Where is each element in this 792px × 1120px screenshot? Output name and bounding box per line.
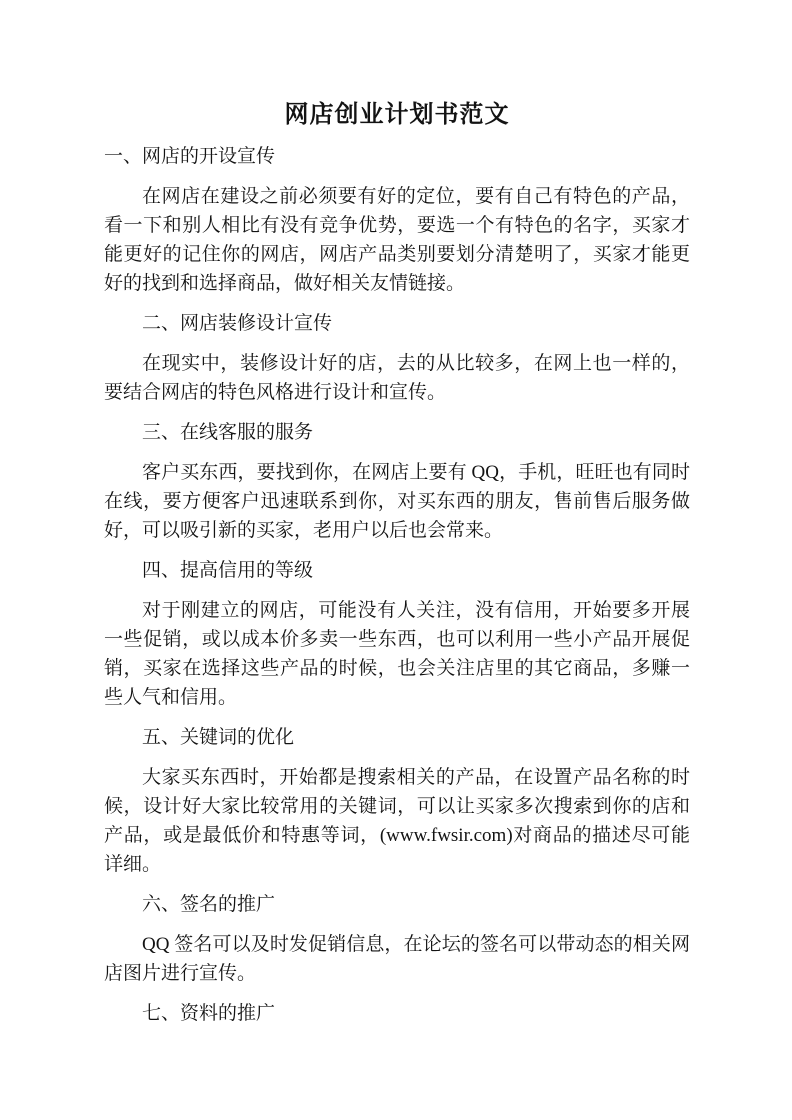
section-heading-2: 二、网店装修设计宣传 [104,309,690,338]
section-paragraph-3: 客户买东西，要找到你，在网店上要有 QQ，手机，旺旺也有同时在线，要方便客户迅速… [104,458,690,545]
section-paragraph-2: 在现实中，装修设计好的店，去的从比较多，在网上也一样的，要结合网店的特色风格进行… [104,349,690,407]
section-heading-4: 四、提高信用的等级 [104,556,690,585]
section-paragraph-5: 大家买东西时，开始都是搜索相关的产品，在设置产品名称的时候，设计好大家比较常用的… [104,763,690,879]
document-title-text: 网店创业计划书范文 [285,102,510,128]
section-heading-3: 三、在线客服的服务 [104,418,690,447]
section-paragraph-6: QQ 签名可以及时发促销信息，在论坛的签名可以带动态的相关网店图片进行宣传。 [104,930,690,988]
section-heading-1: 一、网店的开设宣传 [104,142,690,171]
section-paragraph-4: 对于刚建立的网店，可能没有人关注，没有信用，开始要多开展一些促销，或以成本价多卖… [104,596,690,712]
section-heading-6: 六、签名的推广 [104,890,690,919]
document-title: 网店创业计划书范文 [104,98,690,132]
section-paragraph-1: 在网店在建设之前必须要有好的定位，要有自己有特色的产品，看一下和别人相比有没有竞… [104,182,690,298]
section-heading-5: 五、关键词的优化 [104,723,690,752]
section-heading-7: 七、资料的推广 [104,999,690,1028]
document-page: 网店创业计划书范文 一、网店的开设宣传 在网店在建设之前必须要有好的定位，要有自… [0,0,792,1120]
